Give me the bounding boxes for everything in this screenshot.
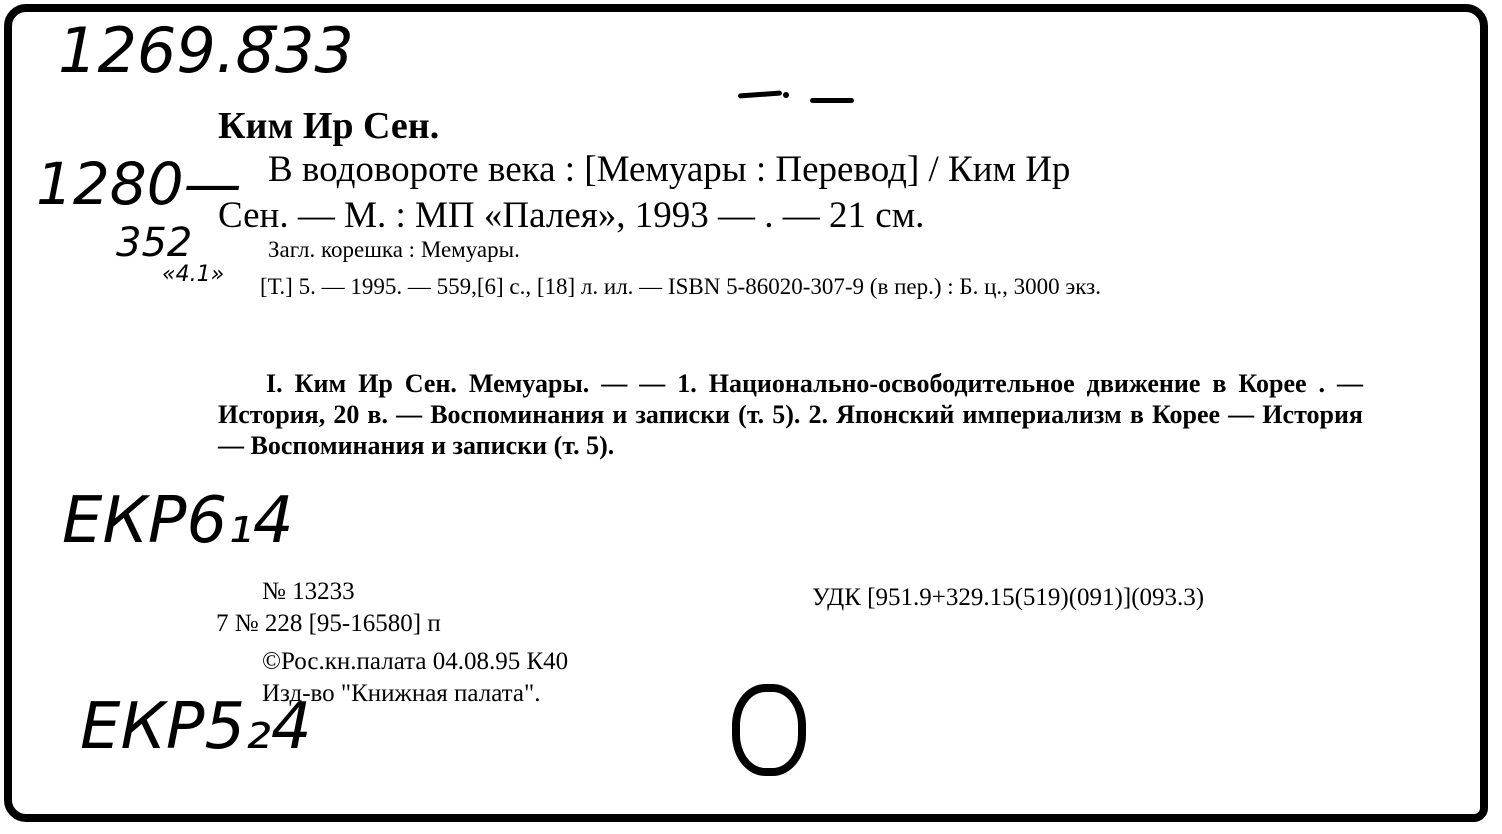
handwritten-code-1: 1280— [36,150,242,218]
handwritten-mark: «4.1» [162,262,224,287]
copyright-line: ©Рос.кн.палата 04.08.95 К40 [262,648,568,676]
volume-info: [Т.] 5. — 1995. — 559,[6] с., [18] л. ил… [260,270,1360,303]
handwritten-shelf-mark-2: ЕКР5₂4 [80,690,312,764]
udc-classification: УДК [951.9+329.15(519)(091)](093.3) [812,584,1204,612]
title-line-2: Сен. — М. : МП «Палея», 1993 — . — 21 см… [218,194,924,237]
pen-mark-dot [783,92,789,98]
pen-mark-dash [810,98,854,103]
spine-title-note: Загл. корешка : Мемуары. [268,237,520,263]
order-line: 7 № 228 [95-16580] п [216,610,441,638]
subject-headings: I. Ким Ир Сен. Мемуары. — — 1. Националь… [218,368,1363,461]
handwritten-call-number: 1269.8̄33 [58,14,354,87]
circle-stamp-mark [732,684,806,776]
author-heading: Ким Ир Сен. [218,104,439,148]
handwritten-shelf-mark-1: ЕКР6₁4 [62,484,294,558]
handwritten-code-2: 352 [116,220,192,266]
record-number: № 13233 [262,578,355,606]
title-line-1: В водовороте века : [Мемуары : Перевод] … [268,148,1070,191]
